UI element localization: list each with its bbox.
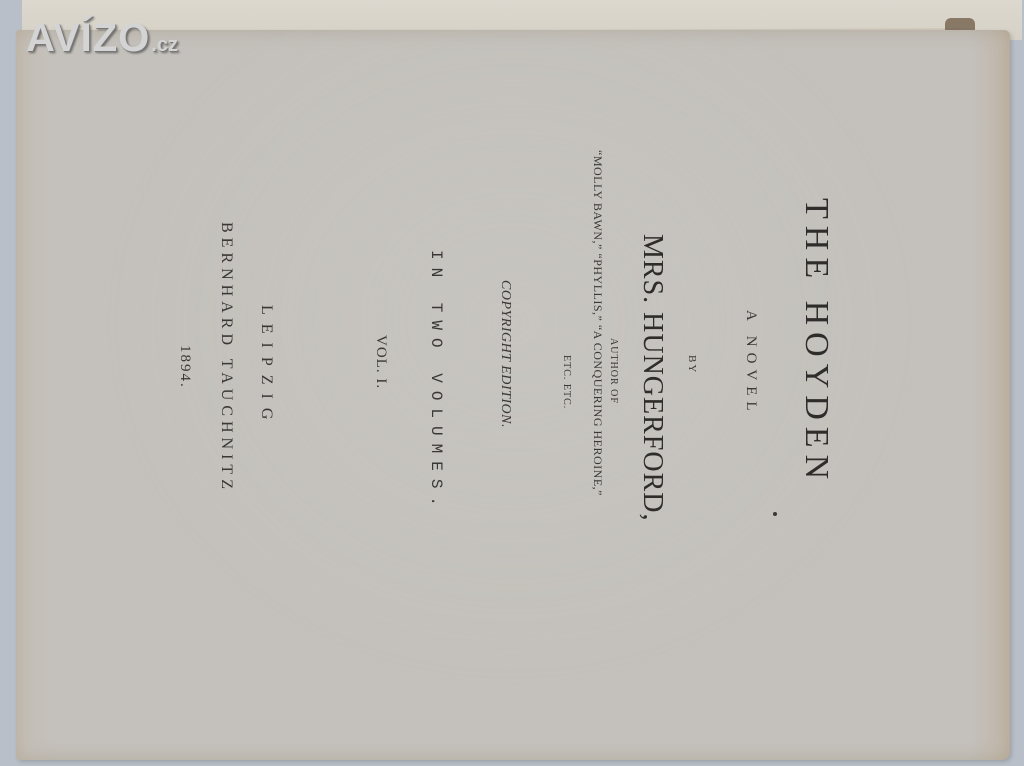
author-of-label: AUTHOR OF: [608, 338, 618, 404]
avizo-watermark-logo: AVÍZO.cz: [26, 18, 178, 58]
volumes-label: IN TWO VOLUMES.: [428, 250, 444, 514]
etc-label: ETC. ETC.: [561, 355, 571, 409]
watermark-brand: AVÍZO: [26, 16, 150, 60]
book-title: THE HOYDEN: [799, 198, 833, 486]
watermark-tld: .cz: [151, 34, 178, 56]
publisher-name: BERNHARD TAUCHNITZ: [218, 222, 234, 494]
ink-speck: [773, 512, 777, 516]
author-name: MRS. HUNGERFORD,: [638, 234, 666, 522]
publication-place: LEIPZIG: [258, 305, 274, 428]
page-corner-tab: [945, 18, 975, 30]
book-subtitle: A NOVEL: [743, 310, 758, 417]
author-works-list: “MOLLY BAWN,” “PHYLLIS,” “A CONQUERING H…: [592, 150, 604, 496]
title-page: [16, 30, 1010, 760]
volume-number: VOL. I.: [373, 335, 388, 389]
by-label: BY: [686, 355, 697, 374]
edition-label: COPYRIGHT EDITION.: [498, 280, 512, 428]
publication-year: 1894.: [177, 345, 192, 389]
